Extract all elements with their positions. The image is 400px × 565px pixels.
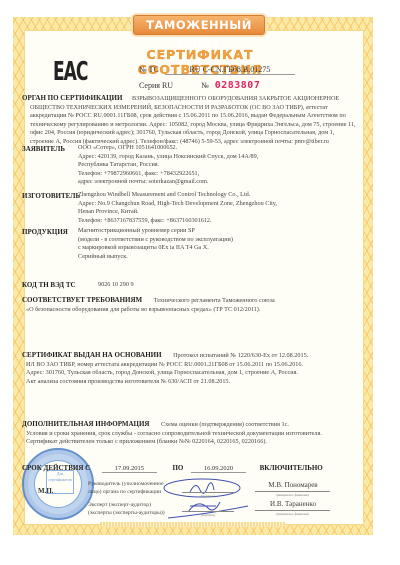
applicant-details: ООО «Сотер», ОГРН 1051641000652. Адрес: … xyxy=(78,144,348,187)
applicant-line: адрес электронной почты: soterkazan@gmai… xyxy=(78,178,348,187)
head-signature-line xyxy=(182,492,234,493)
manufacturer-line: Адрес: No.9 Changchun Road, High-Tech De… xyxy=(78,200,348,209)
series-label: Серия RU xyxy=(139,81,173,90)
head-label-line: Руководитель (уполномоченное xyxy=(88,481,164,489)
certification-body-text: ОБЩЕСТВО ТЕХНИЧЕСКИХ ИЗМЕРЕНИЙ, БЕЗОПАСН… xyxy=(22,104,357,147)
head-name-line xyxy=(255,491,330,492)
applicant-line: Адрес: 420139, город Казань, улица Нокси… xyxy=(78,153,348,162)
additional-info-line: Сертификат действителен только с приложе… xyxy=(22,438,357,447)
expert-signature-caption: (подпись) xyxy=(182,513,234,517)
additional-info-line1: Схема оценки (подтверждения) соответстви… xyxy=(161,421,289,428)
manufacturer-line: Henan Province, Китай. xyxy=(78,208,348,217)
expert-label-line: (эксперты (эксперты-аудиторы)) xyxy=(88,510,165,518)
stamp-place-label: М.П. xyxy=(38,487,54,495)
manufacturer-line: Телефон: +8637167837559, факс: +86371603… xyxy=(78,217,348,226)
head-name-caption: (инициалы, фамилия) xyxy=(255,493,330,497)
basis-line: Акт анализа состояния производства изгот… xyxy=(22,378,357,387)
expert-name-caption: (инициалы, фамилия) xyxy=(255,512,330,516)
hs-code-label: КОД ТН ВЭД ТС xyxy=(22,281,76,289)
validity-inclusive: ВКЛЮЧИТЕЛЬНО xyxy=(260,464,323,472)
customs-union-banner: ТАМОЖЕННЫЙ СОЮЗ xyxy=(133,15,265,35)
microprint-strip xyxy=(100,522,285,527)
requirements-line2: «О безопасности оборудования для работы … xyxy=(22,306,357,315)
applicant-line: ООО «Сотер», ОГРН 1051641000652. xyxy=(78,144,348,153)
expert-label: Эксперт (эксперт-аудитор) (эксперты (экс… xyxy=(88,502,165,517)
expert-label-line: Эксперт (эксперт-аудитор) xyxy=(88,502,165,510)
basis-line1: Протокол испытаний № 1220/630-Ex от 12.0… xyxy=(173,352,308,359)
applicant-line: Республика Татарстан, Россия. xyxy=(78,161,348,170)
head-name: М.В. Пономарев xyxy=(262,481,324,489)
serial-number: 0283807 xyxy=(215,80,261,91)
expert-name: И.В. Тараненко xyxy=(262,500,324,508)
certificate-serial: Серия RU № 0283807 xyxy=(139,80,260,91)
certificate-number: № ТС RU C-CN.ГБ08.В.01275 xyxy=(139,65,295,75)
product-line: Магнитострикционный уровнемер серии SP xyxy=(78,227,348,236)
number-label: № ТС xyxy=(139,65,159,74)
certification-body-section: ОРГАН ПО СЕРТИФИКАЦИИ ВЗРЫВОЗАЩИЩЕННОГО … xyxy=(22,94,357,147)
head-label: Руководитель (уполномоченное лицо) орган… xyxy=(88,481,164,496)
certification-stamp: Для сертификатов xyxy=(22,448,94,520)
basis-line: Адрес: 301760, Тульская область, город Д… xyxy=(22,369,357,378)
hs-code-value: 9026 10 290 9 xyxy=(98,281,198,290)
validity-to-label: ПО xyxy=(172,464,183,472)
applicant-label: ЗАЯВИТЕЛЬ xyxy=(22,145,65,153)
additional-info-line: Условия и сроки хранения, срок службы - … xyxy=(22,430,357,439)
manufacturer-details: Zhengzhou Windbell Measurement and Contr… xyxy=(78,191,348,225)
validity-label: СРОК ДЕЙСТВИЯ С xyxy=(22,464,90,472)
product-label: ПРОДУКЦИЯ xyxy=(22,228,68,236)
additional-info-section: ДОПОЛНИТЕЛЬНАЯ ИНФОРМАЦИЯ Схема оценки (… xyxy=(22,420,357,447)
requirements-section: СООТВЕТСТВУЕТ ТРЕБОВАНИЯМ Технического р… xyxy=(22,296,357,314)
basis-label: СЕРТИФИКАТ ВЫДАН НА ОСНОВАНИИ xyxy=(22,351,162,359)
expert-signature-line xyxy=(182,511,234,512)
product-details: Магнитострикционный уровнемер серии SP (… xyxy=(78,227,348,261)
applicant-line: Телефон: +79872960661, факс: +7843292265… xyxy=(78,170,348,179)
manufacturer-line: Zhengzhou Windbell Measurement and Contr… xyxy=(78,191,348,200)
number-value: RU C-CN.ГБ08.В.01275 xyxy=(165,65,295,75)
head-label-line: лицо) органа по сертификации xyxy=(88,489,164,497)
certification-body-line1: ВЗРЫВОЗАЩИЩЕННОГО ОБОРУДОВАНИЯ ЗАКРЫТОЕ … xyxy=(132,95,339,102)
head-signature-caption: (подпись) xyxy=(182,494,234,498)
basis-section: СЕРТИФИКАТ ВЫДАН НА ОСНОВАНИИ Протокол и… xyxy=(22,351,357,386)
serial-prefix: № xyxy=(201,81,209,90)
manufacturer-label: ИЗГОТОВИТЕЛЬ xyxy=(22,192,80,200)
requirements-label: СООТВЕТСТВУЕТ ТРЕБОВАНИЯМ xyxy=(22,296,142,304)
product-line: (модели - в соответствии с руководством … xyxy=(78,236,348,245)
requirements-line1: Технического регламента Таможенного союз… xyxy=(154,297,275,304)
product-line: Серийный выпуск. xyxy=(78,253,348,262)
validity-from: 17.09.2015 xyxy=(102,465,157,473)
certification-body-label: ОРГАН ПО СЕРТИФИКАЦИИ xyxy=(22,94,122,102)
additional-info-label: ДОПОЛНИТЕЛЬНАЯ ИНФОРМАЦИЯ xyxy=(22,420,149,428)
eac-logo: EAC xyxy=(53,57,87,87)
expert-name-line xyxy=(255,510,330,511)
basis-line: ИЛ ВО ЗАО ТИБР, номер аттестата аккредит… xyxy=(22,361,357,370)
product-line: с маркировкой взрывозащиты 0Ex ia IIA T4… xyxy=(78,244,348,253)
